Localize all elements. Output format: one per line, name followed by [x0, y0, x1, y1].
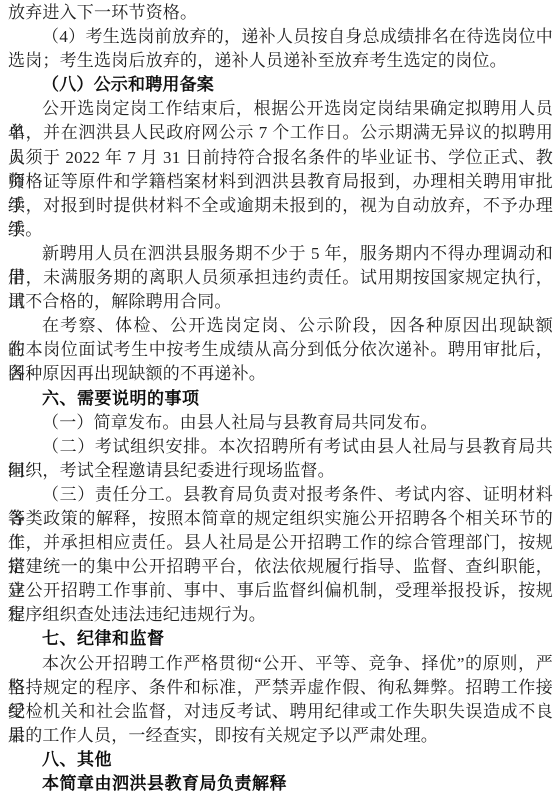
text-line: （一）简章发布。由县人社局与县教育局共同发布。	[8, 411, 553, 435]
section-heading: 八、其他	[8, 748, 553, 772]
text-line: 各种原因再出现缺额的不再递补。	[8, 362, 553, 386]
text-line: 用，未满服务期的离职人员须承担违约责任。试用期按国家规定执行，试	[8, 266, 553, 290]
text-line: 新聘用人员在泗洪县服务期不少于 5 年，服务期内不得办理调动和借	[8, 242, 553, 266]
text-line: （二）考试组织安排。本次招聘所有考试由县人社局与县教育局共同	[8, 435, 553, 459]
section-heading: 七、纪律和监督	[8, 627, 553, 651]
text-line: 在考察、体检、公开选岗定岗、公示阶段，因各种原因出现缺额的，	[8, 314, 553, 338]
text-line: 续，对报到时提供材料不全或逾期未报到的，视为自动放弃，不予办理手	[8, 194, 553, 218]
text-line: 程序组织查处违法违纪违规行为。	[8, 603, 553, 627]
section-heading: 六、需要说明的事项	[8, 387, 553, 411]
text-line: 果的工作人员，一经查实，即按有关规定予以严肃处理。	[8, 724, 553, 748]
text-line: 单，并在泗洪县人民政府网公示 7 个工作日。公示期满无异议的拟聘用人	[8, 121, 553, 145]
text-line: 各类政策的解释，按照本简章的规定组织实施公开招聘各个相关环节的工	[8, 507, 553, 531]
text-line: 放弃进入下一环节资格。	[8, 1, 553, 25]
text-line: 坚持规定的程序、条件和标准，严禁弄虚作假、徇私舞弊。招聘工作接受	[8, 676, 553, 700]
text-line: 选岗；考生选岗后放弃的，递补人员递补至放弃考生选定的岗位。	[8, 49, 553, 73]
text-line: 续。	[8, 218, 553, 242]
text-line: 作，并承担相应责任。县人社局是公开招聘工作的综合管理部门，按规定	[8, 531, 553, 555]
text-line: （4）考生选岗前放弃的，递补人员按自身总成绩排名在待选岗位中	[8, 25, 553, 49]
text-line: 搭建统一的集中公开招聘平台，依法依规履行指导、监督、查纠职能，建	[8, 555, 553, 579]
text-line: 立公开招聘工作事前、事中、事后监督纠偏机制，受理举报投诉，按规定	[8, 579, 553, 603]
section-heading: 本简章由泗洪县教育局负责解释	[8, 772, 553, 796]
text-line: 资格证等原件和学籍档案材料到泗洪县教育局报到，办理相关聘用审批手	[8, 170, 553, 194]
text-line: 本次公开招聘工作严格贯彻“公开、平等、竞争、择优”的原则，严格	[8, 652, 553, 676]
document-page: 放弃进入下一环节资格。（4）考生选岗前放弃的，递补人员按自身总成绩排名在待选岗位…	[0, 0, 559, 797]
text-line: 用不合格的，解除聘用合同。	[8, 290, 553, 314]
text-line: 纪检机关和社会监督，对违反考试、聘用纪律或工作失职失误造成不良后	[8, 700, 553, 724]
text-line: （三）责任分工。县教育局负责对报考条件、考试内容、证明材料等	[8, 483, 553, 507]
sub-heading: （八）公示和聘用备案	[8, 73, 553, 97]
text-line: 公开选岗定岗工作结束后，根据公开选岗定岗结果确定拟聘用人员名	[8, 97, 553, 121]
text-line: 员须于 2022 年 7 月 31 日前持符合报名条件的毕业证书、学位正式、教师	[8, 146, 553, 170]
text-line: 组织，考试全程邀请县纪委进行现场监督。	[8, 459, 553, 483]
text-line: 在本岗位面试考生中按考生成绩从高分到低分依次递补。聘用审批后，因	[8, 338, 553, 362]
